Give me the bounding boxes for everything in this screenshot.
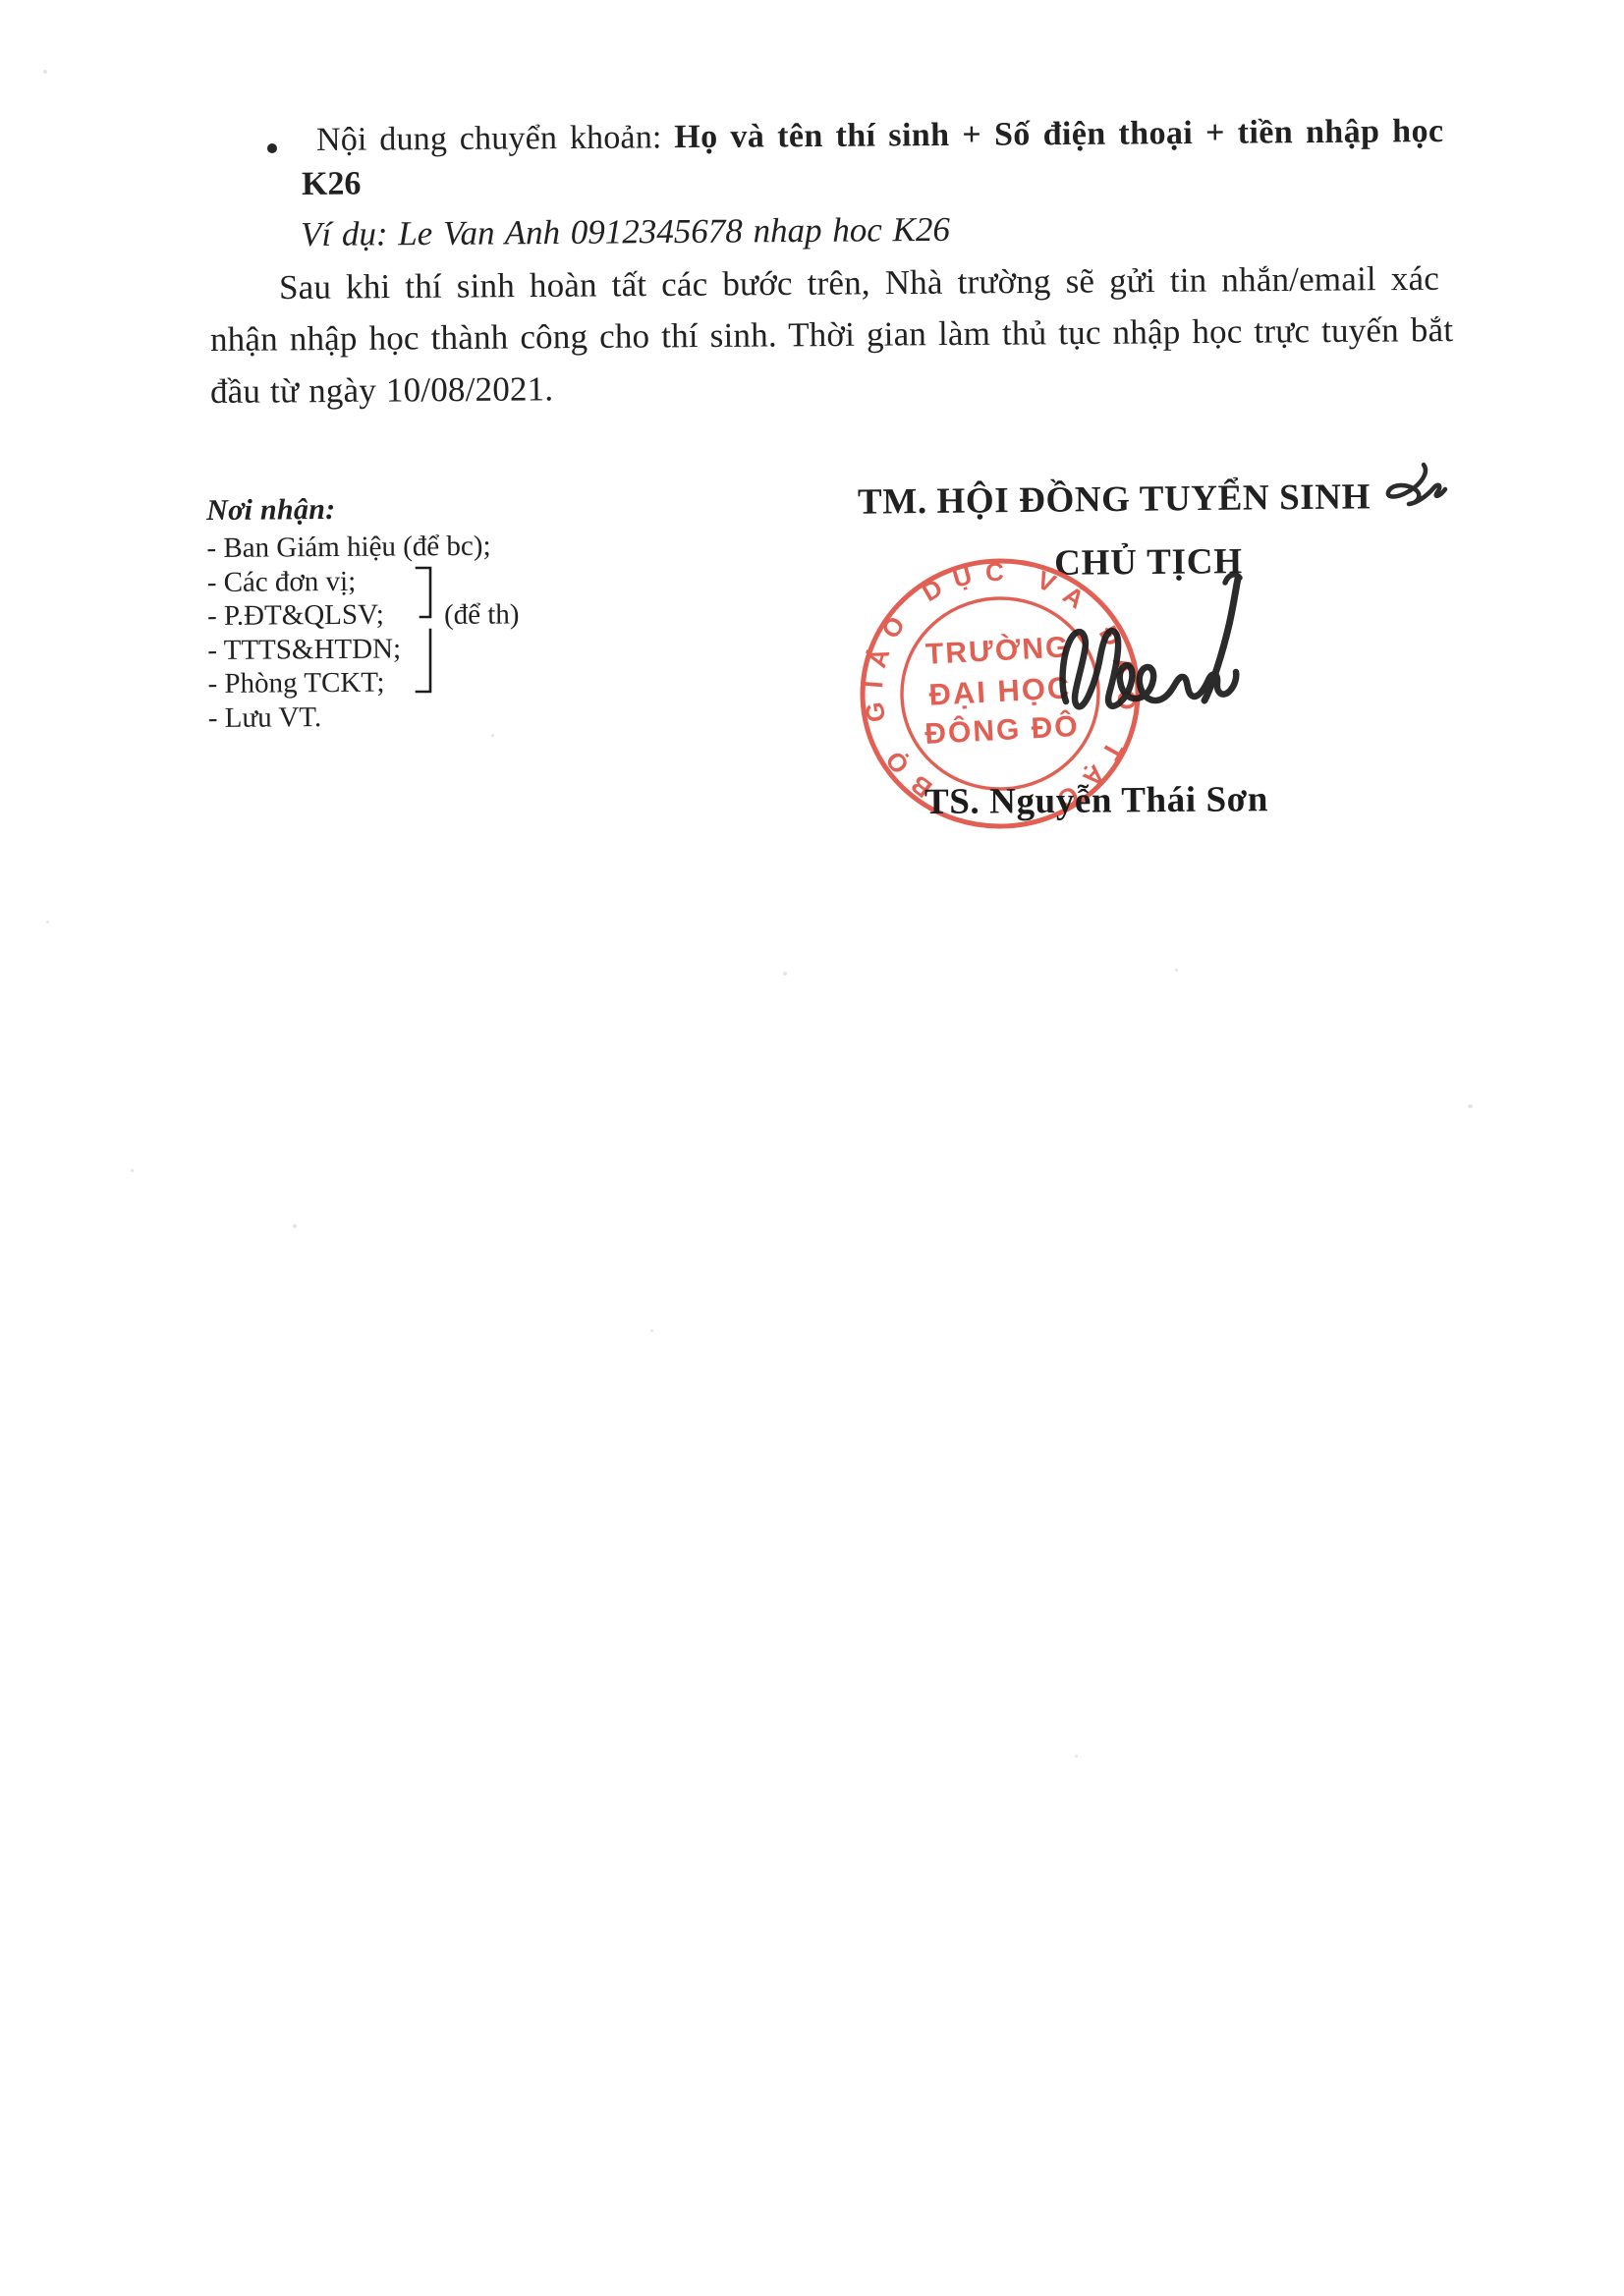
signer-name: TS. Nguyễn Thái Sơn xyxy=(924,778,1268,823)
scan-speck xyxy=(293,1224,297,1228)
scan-speck xyxy=(1468,1104,1473,1108)
k26-line: K26 xyxy=(302,166,362,203)
paragraph-line-3: đầu từ ngày 10/08/2021. xyxy=(210,369,554,412)
bullet-icon xyxy=(267,143,277,153)
scan-speck xyxy=(131,1169,134,1172)
transfer-content-bold: Họ và tên thí sinh + Số điện thoại + tiề… xyxy=(674,113,1443,155)
document-page: Nội dung chuyển khoản: Họ và tên thí sin… xyxy=(0,0,1624,2296)
transfer-content-line: Nội dung chuyển khoản: Họ và tên thí sin… xyxy=(316,111,1444,162)
signature-ink xyxy=(1017,447,1479,761)
scan-speck xyxy=(783,972,787,976)
transfer-content-prefix: Nội dung chuyển khoản: xyxy=(316,119,675,158)
scan-speck xyxy=(43,70,47,74)
scan-speck xyxy=(46,921,49,924)
paragraph-line-2: nhận nhập học thành công cho thí sinh. T… xyxy=(210,310,1453,360)
scan-speck xyxy=(491,734,494,737)
example-line: Ví dụ: Le Van Anh 0912345678 nhap hoc K2… xyxy=(301,210,950,254)
recipients-heading: Nơi nhận: xyxy=(206,492,490,528)
scan-speck xyxy=(650,1329,653,1332)
scan-speck xyxy=(1175,969,1178,972)
bracket-note: (để th) xyxy=(444,598,520,632)
paragraph-line-1: Sau khi thí sinh hoàn tất các bước trên,… xyxy=(279,259,1439,308)
scan-speck xyxy=(1075,1755,1078,1758)
